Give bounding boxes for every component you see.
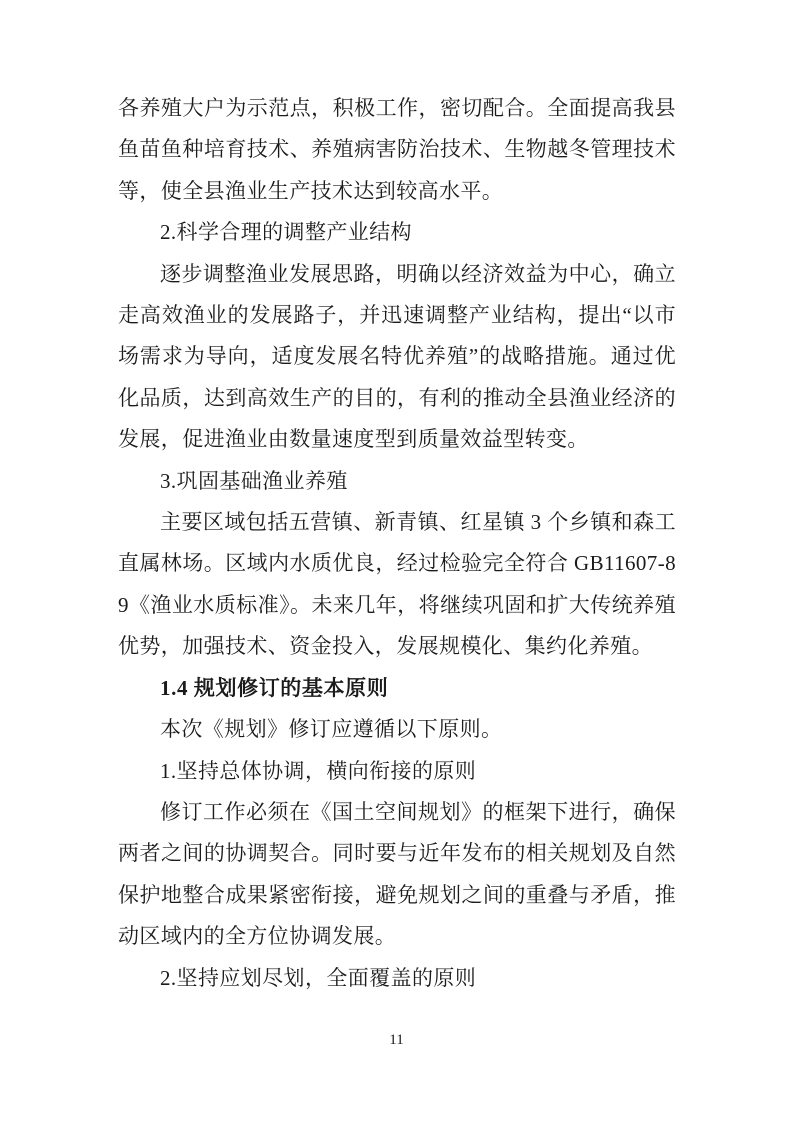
paragraph: 本次《规划》修订应遵循以下原则。 [118,709,676,750]
numbered-item-2b: 2.坚持应划尽划，全面覆盖的原则 [118,958,676,999]
document-page: 各养殖大户为示范点，积极工作，密切配合。全面提高我县鱼苗鱼种培育技术、养殖病害防… [0,0,793,1122]
paragraph-continuation: 各养殖大户为示范点，积极工作，密切配合。全面提高我县鱼苗鱼种培育技术、养殖病害防… [118,88,676,212]
numbered-item-1: 1.坚持总体协调，横向衔接的原则 [118,751,676,792]
paragraph: 逐步调整渔业发展思路，明确以经济效益为中心，确立走高效渔业的发展路子，并迅速调整… [118,254,676,461]
page-number: 11 [0,1030,793,1050]
document-body: 各养殖大户为示范点，积极工作，密切配合。全面提高我县鱼苗鱼种培育技术、养殖病害防… [118,88,676,999]
paragraph: 修订工作必须在《国土空间规划》的框架下进行，确保两者之间的协调契合。同时要与近年… [118,792,676,958]
paragraph: 主要区域包括五营镇、新青镇、红星镇 3 个乡镇和森工直属林场。区域内水质优良，经… [118,502,676,668]
numbered-item-2: 2.科学合理的调整产业结构 [118,212,676,253]
numbered-item-3: 3.巩固基础渔业养殖 [118,461,676,502]
section-heading-1-4: 1.4 规划修订的基本原则 [118,668,676,709]
